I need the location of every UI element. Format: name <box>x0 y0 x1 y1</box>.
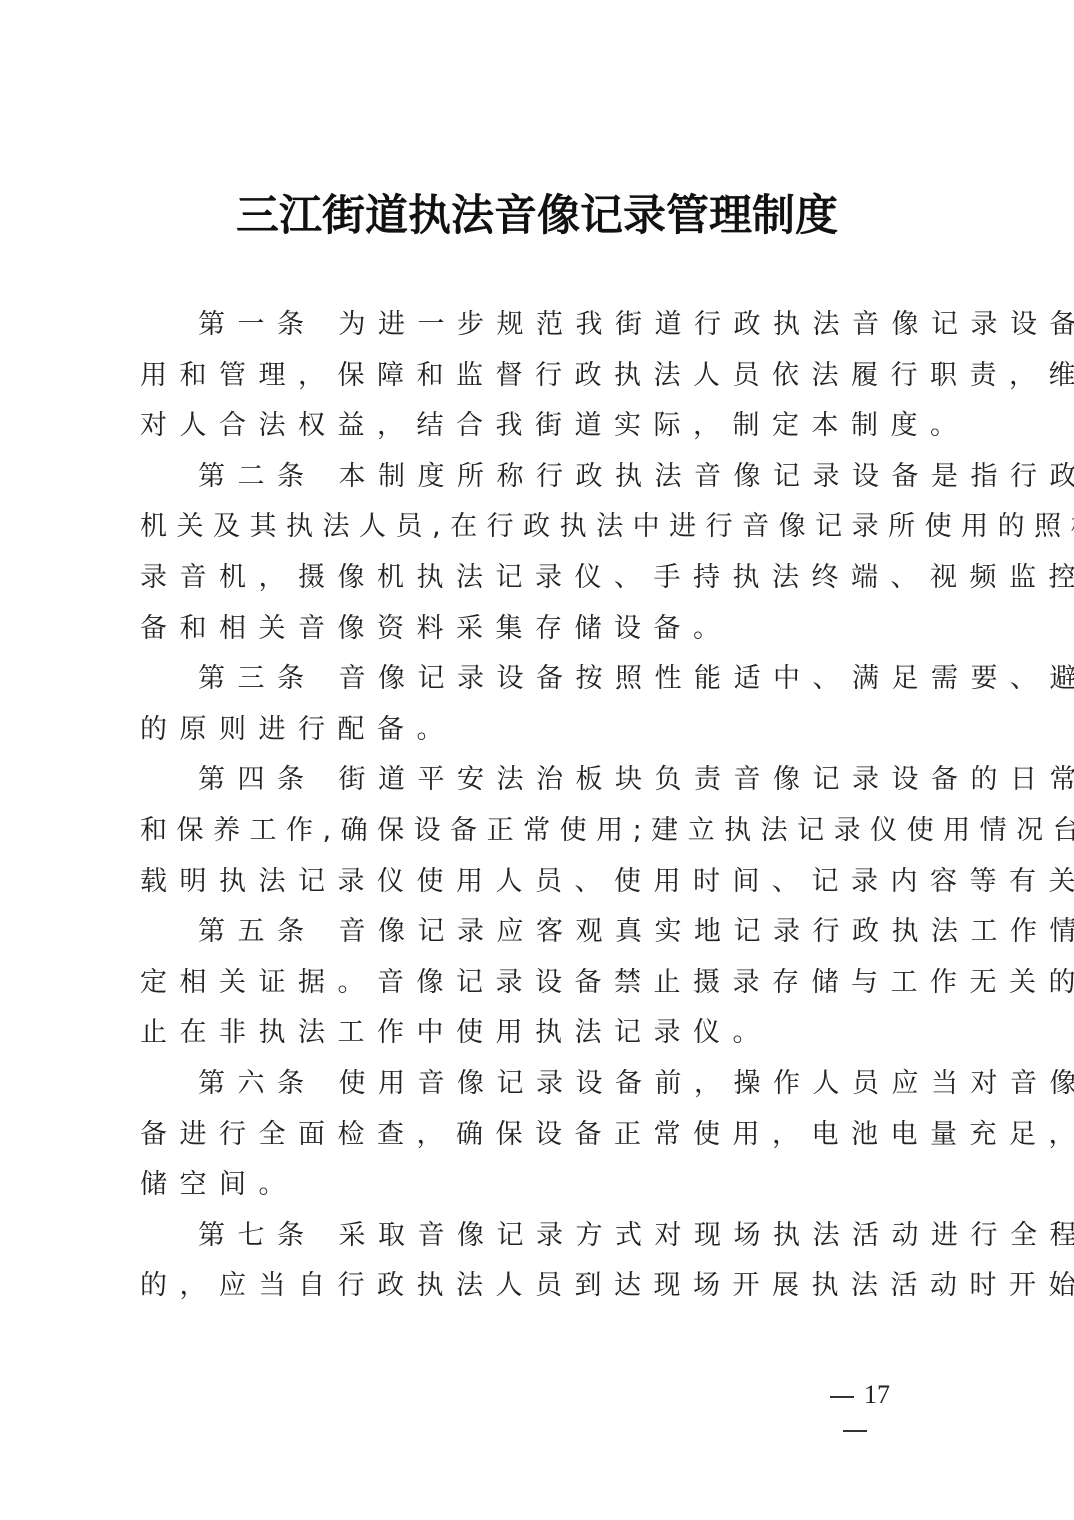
article-2-line-3: 录音机，摄像机执法记录仪、手持执法终端、视频监控等记录设 <box>140 553 940 604</box>
article-label: 第三条 <box>198 663 317 694</box>
article-7-line-2: 的，应当自行政执法人员到达现场开展执法活动时开始，至执法 <box>140 1261 940 1312</box>
article-2-line-4: 备和相关音像资料采集存储设备。 <box>140 604 940 655</box>
article-1-line-1: 第一条为进一步规范我街道行政执法音像记录设备的使 <box>140 300 940 351</box>
article-label: 第六条 <box>198 1068 317 1099</box>
article-4-line-1: 第四条街道平安法治板块负责音像记录设备的日常管理 <box>140 755 940 806</box>
article-5-line-1: 第五条音像记录应客观真实地记录行政执法工作情况，固 <box>140 907 940 958</box>
page-number: 17 <box>800 1378 910 1446</box>
article-label: 第二条 <box>198 461 317 492</box>
article-1-line-2: 用和管理，保障和监督行政执法人员依法履行职责，维护行政相 <box>140 351 940 402</box>
article-label: 第四条 <box>198 764 317 795</box>
article-6-line-1: 第六条使用音像记录设备前，操作人员应当对音像记录设 <box>140 1059 940 1110</box>
page-number-value: 17 <box>864 1380 890 1409</box>
article-label: 第七条 <box>198 1220 317 1251</box>
dash-right <box>843 1430 867 1432</box>
document-body: 第一条为进一步规范我街道行政执法音像记录设备的使 用和管理，保障和监督行政执法人… <box>140 300 940 1312</box>
article-2-line-2: 机关及其执法人员,在行政执法中进行音像记录所使用的照相机、 <box>140 502 940 553</box>
article-6-line-2: 备进行全面检查，确保设备正常使用，电池电量充足，有足够存 <box>140 1110 940 1161</box>
article-4-line-2: 和保养工作,确保设备正常使用;建立执法记录仪使用情况台账, <box>140 806 940 857</box>
article-7-line-1: 第七条采取音像记录方式对现场执法活动进行全程记录 <box>140 1211 940 1262</box>
article-label: 第五条 <box>198 916 317 947</box>
article-3-line-2: 的原则进行配备。 <box>140 705 940 756</box>
document-page: 三江街道执法音像记录管理制度 第一条为进一步规范我街道行政执法音像记录设备的使 … <box>0 0 1074 1520</box>
dash-left <box>830 1396 854 1398</box>
article-2-line-1: 第二条本制度所称行政执法音像记录设备是指行政执法 <box>140 452 940 503</box>
article-label: 第一条 <box>198 309 317 340</box>
article-1-line-3: 对人合法权益，结合我街道实际，制定本制度。 <box>140 401 940 452</box>
article-3-line-1: 第三条音像记录设备按照性能适中、满足需要、避免浪费 <box>140 654 940 705</box>
article-6-line-3: 储空间。 <box>140 1160 940 1211</box>
document-title: 三江街道执法音像记录管理制度 <box>0 190 1074 242</box>
article-5-line-3: 止在非执法工作中使用执法记录仪。 <box>140 1008 940 1059</box>
article-4-line-3: 载明执法记录仪使用人员、使用时间、记录内容等有关信息。 <box>140 857 940 908</box>
article-5-line-2: 定相关证据。音像记录设备禁止摄录存储与工作无关的内容，禁 <box>140 958 940 1009</box>
